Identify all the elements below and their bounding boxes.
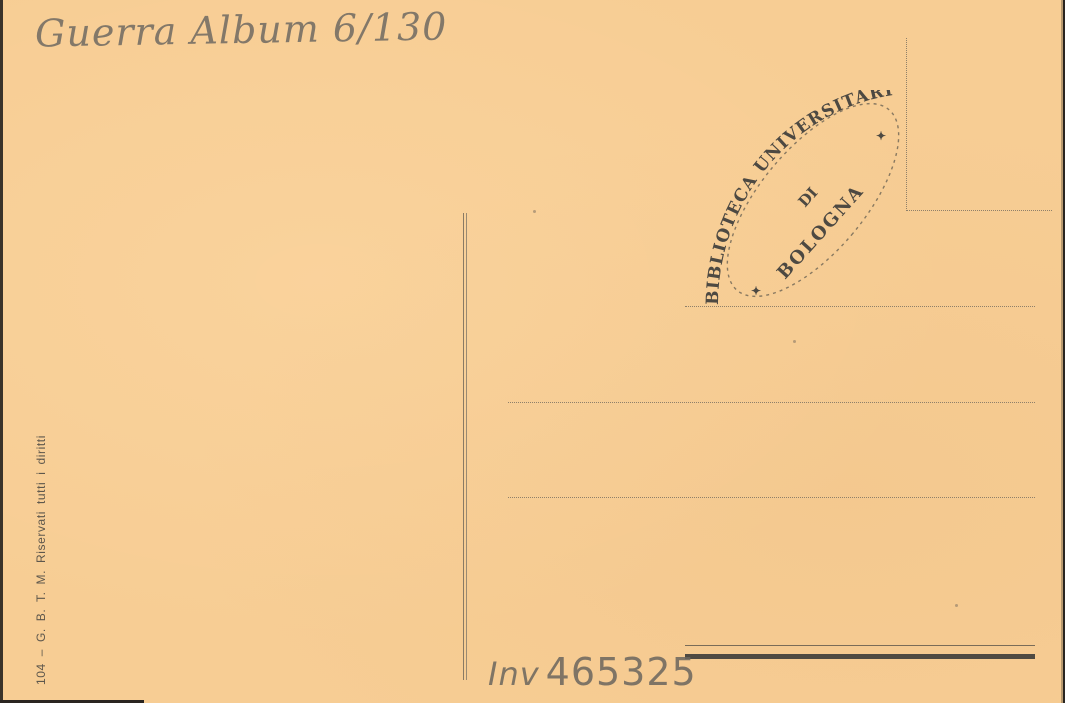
- paper-speck: [793, 340, 796, 343]
- library-ownership-stamp: BIBLIOTECA UNIVERSITARIA DI BOLOGNA ✦ ✦: [693, 90, 903, 310]
- address-line-3: [508, 497, 1035, 498]
- paper-speck: [955, 604, 958, 607]
- center-divider-line: [463, 213, 464, 680]
- publisher-imprint: 104 – G. B. T. M. Riservati tutti i diri…: [34, 435, 48, 685]
- stamp-star-right: ✦: [876, 129, 886, 143]
- scan-left-edge: [0, 0, 3, 703]
- paper-speck: [533, 210, 536, 213]
- stamp-star-left: ✦: [751, 284, 761, 298]
- address-line-2: [508, 402, 1035, 403]
- inventory-number-note: Inv465325: [488, 650, 697, 694]
- publisher-imprint-text: 104 – G. B. T. M. Riservati tutti i diri…: [34, 435, 48, 685]
- stamp-text-middle: DI: [795, 184, 822, 211]
- bottom-rule-thin: [685, 645, 1035, 646]
- bottom-rule-thick: [685, 654, 1035, 659]
- card-right-edge: [1061, 0, 1063, 703]
- inventory-number: 465325: [546, 650, 697, 694]
- stamp-graphic: BIBLIOTECA UNIVERSITARIA DI BOLOGNA ✦ ✦: [693, 90, 903, 310]
- postcard-back: Guerra Album 6/130 104 – G. B. T. M. Ris…: [3, 0, 1063, 703]
- postage-stamp-box: [906, 38, 1052, 211]
- address-line-1: [685, 306, 1035, 307]
- handwritten-album-note: Guerra Album 6/130: [35, 4, 448, 55]
- inventory-prefix: Inv: [488, 655, 540, 693]
